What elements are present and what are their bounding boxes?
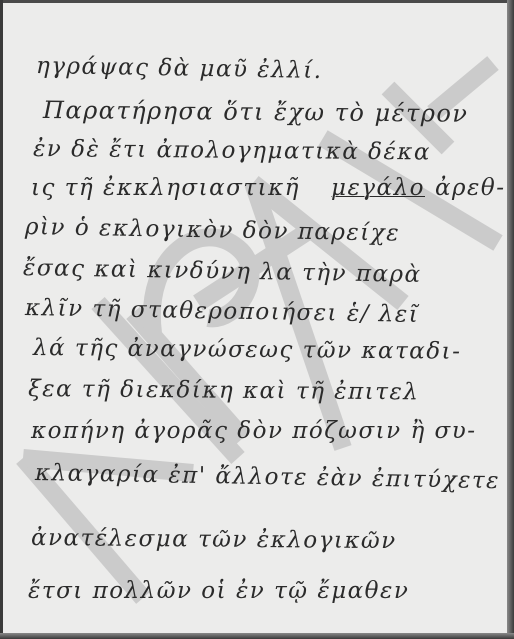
handwritten-line: κλαγαρία ἐπ' ἄλλοτε ἐὰν ἐπιτύχετε <box>35 460 500 494</box>
scan-border-top <box>0 0 514 3</box>
handwritten-line: ἔτσι πολλῶν οἱ ἐν τῷ ἔμαθεν <box>28 578 409 604</box>
scan-border-right <box>507 0 514 639</box>
handwritten-line: ἀνατέλεσμα τῶν ἐκλογικῶν <box>31 525 397 554</box>
handwritten-text: ηγράψας δὰ μαῦ ἐλλί. Παρατήρησα ὅτι ἔχω … <box>3 3 507 633</box>
handwritten-line: ις τῆ ἐκκλησιαστικῆ <box>31 175 300 201</box>
handwritten-line: ηγράψας δὰ μαῦ ἐλλί. <box>36 53 323 84</box>
handwritten-line: ἔσας καὶ κινδύνη λα τὴν παρὰ <box>23 255 422 288</box>
handwritten-line: κοπήνη ἀγορᾶς δὸν πόζωσιν ἢ συ- <box>31 418 477 444</box>
scan-border-left <box>0 0 3 639</box>
handwritten-line: Παρατήρησα ὅτι ἔχω τὸ μέτρον <box>43 96 469 128</box>
handwritten-line: ξεα τῆ διεκδίκη καὶ τῆ ἐπιτελ <box>28 376 420 405</box>
handwritten-line-underlined: μεγάλο <box>331 175 425 201</box>
handwritten-line: ρὶν ὁ εκλογικὸν δὸν παρείχε <box>25 214 401 247</box>
handwritten-line: ἀρεθ- <box>435 175 506 201</box>
paper-sheet: ηγράψας δὰ μαῦ ἐλλί. Παρατήρησα ὅτι ἔχω … <box>3 3 507 633</box>
scan-border-bottom <box>0 633 514 639</box>
handwritten-line: κλῖν τῆ σταθεροποιήσει ἑ/ λεῖ <box>25 295 420 328</box>
scanned-page: ηγράψας δὰ μαῦ ἐλλί. Παρατήρησα ὅτι ἔχω … <box>0 0 514 639</box>
handwritten-line: λά τῆς ἀναγνώσεως τῶν καταδι- <box>33 335 462 365</box>
handwritten-line: ἐν δὲ ἔτι ἀπολογηματικὰ δέκα <box>33 136 431 165</box>
